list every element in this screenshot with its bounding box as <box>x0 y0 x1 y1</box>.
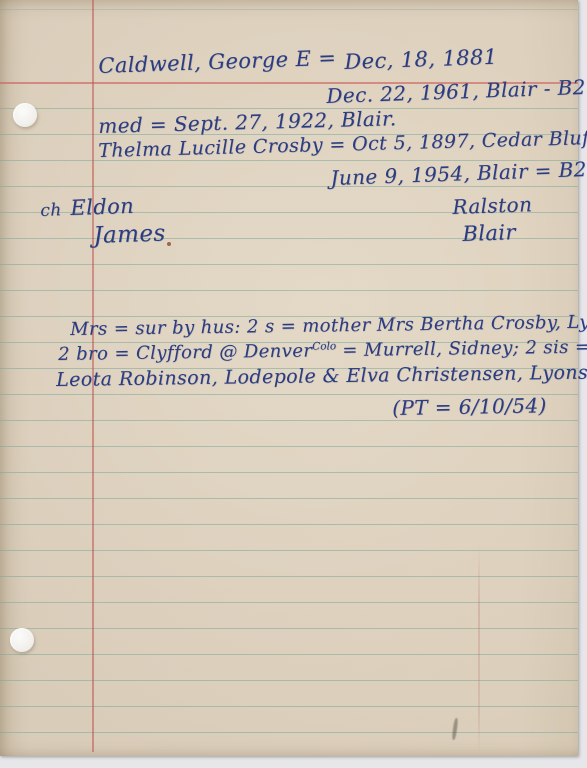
death-line: Dec. 22, 1961, Blair - B27-6 <box>326 74 587 108</box>
punch-hole-top <box>13 103 37 127</box>
child-name: Eldon <box>70 194 134 220</box>
note-text: 2 bro = Clyfford @ Denver <box>58 340 312 365</box>
ink-speck <box>167 242 171 246</box>
child-name: James <box>93 220 166 249</box>
punch-hole-bottom <box>10 628 34 652</box>
birth-date: Dec, 18, 1881 <box>344 45 498 74</box>
scanned-document: Caldwell, George E = Dec, 18, 1881 Dec. … <box>0 0 587 768</box>
paper-crease <box>478 545 480 755</box>
child-place: Blair <box>462 220 516 246</box>
source-citation: (PT = 6/10/54) <box>392 393 547 420</box>
children-abbrev-label: ch <box>40 200 62 221</box>
note-text: = Murrell, Sidney; 2 sis = Mms <box>336 336 587 361</box>
superscript-state-abbrev: Colo <box>312 340 336 352</box>
notebook-paper: Caldwell, George E = Dec, 18, 1881 Dec. … <box>0 0 578 756</box>
name-line: Caldwell, George E = <box>98 46 337 78</box>
child-place: Ralston <box>452 192 533 219</box>
top-rule-line <box>0 9 578 10</box>
